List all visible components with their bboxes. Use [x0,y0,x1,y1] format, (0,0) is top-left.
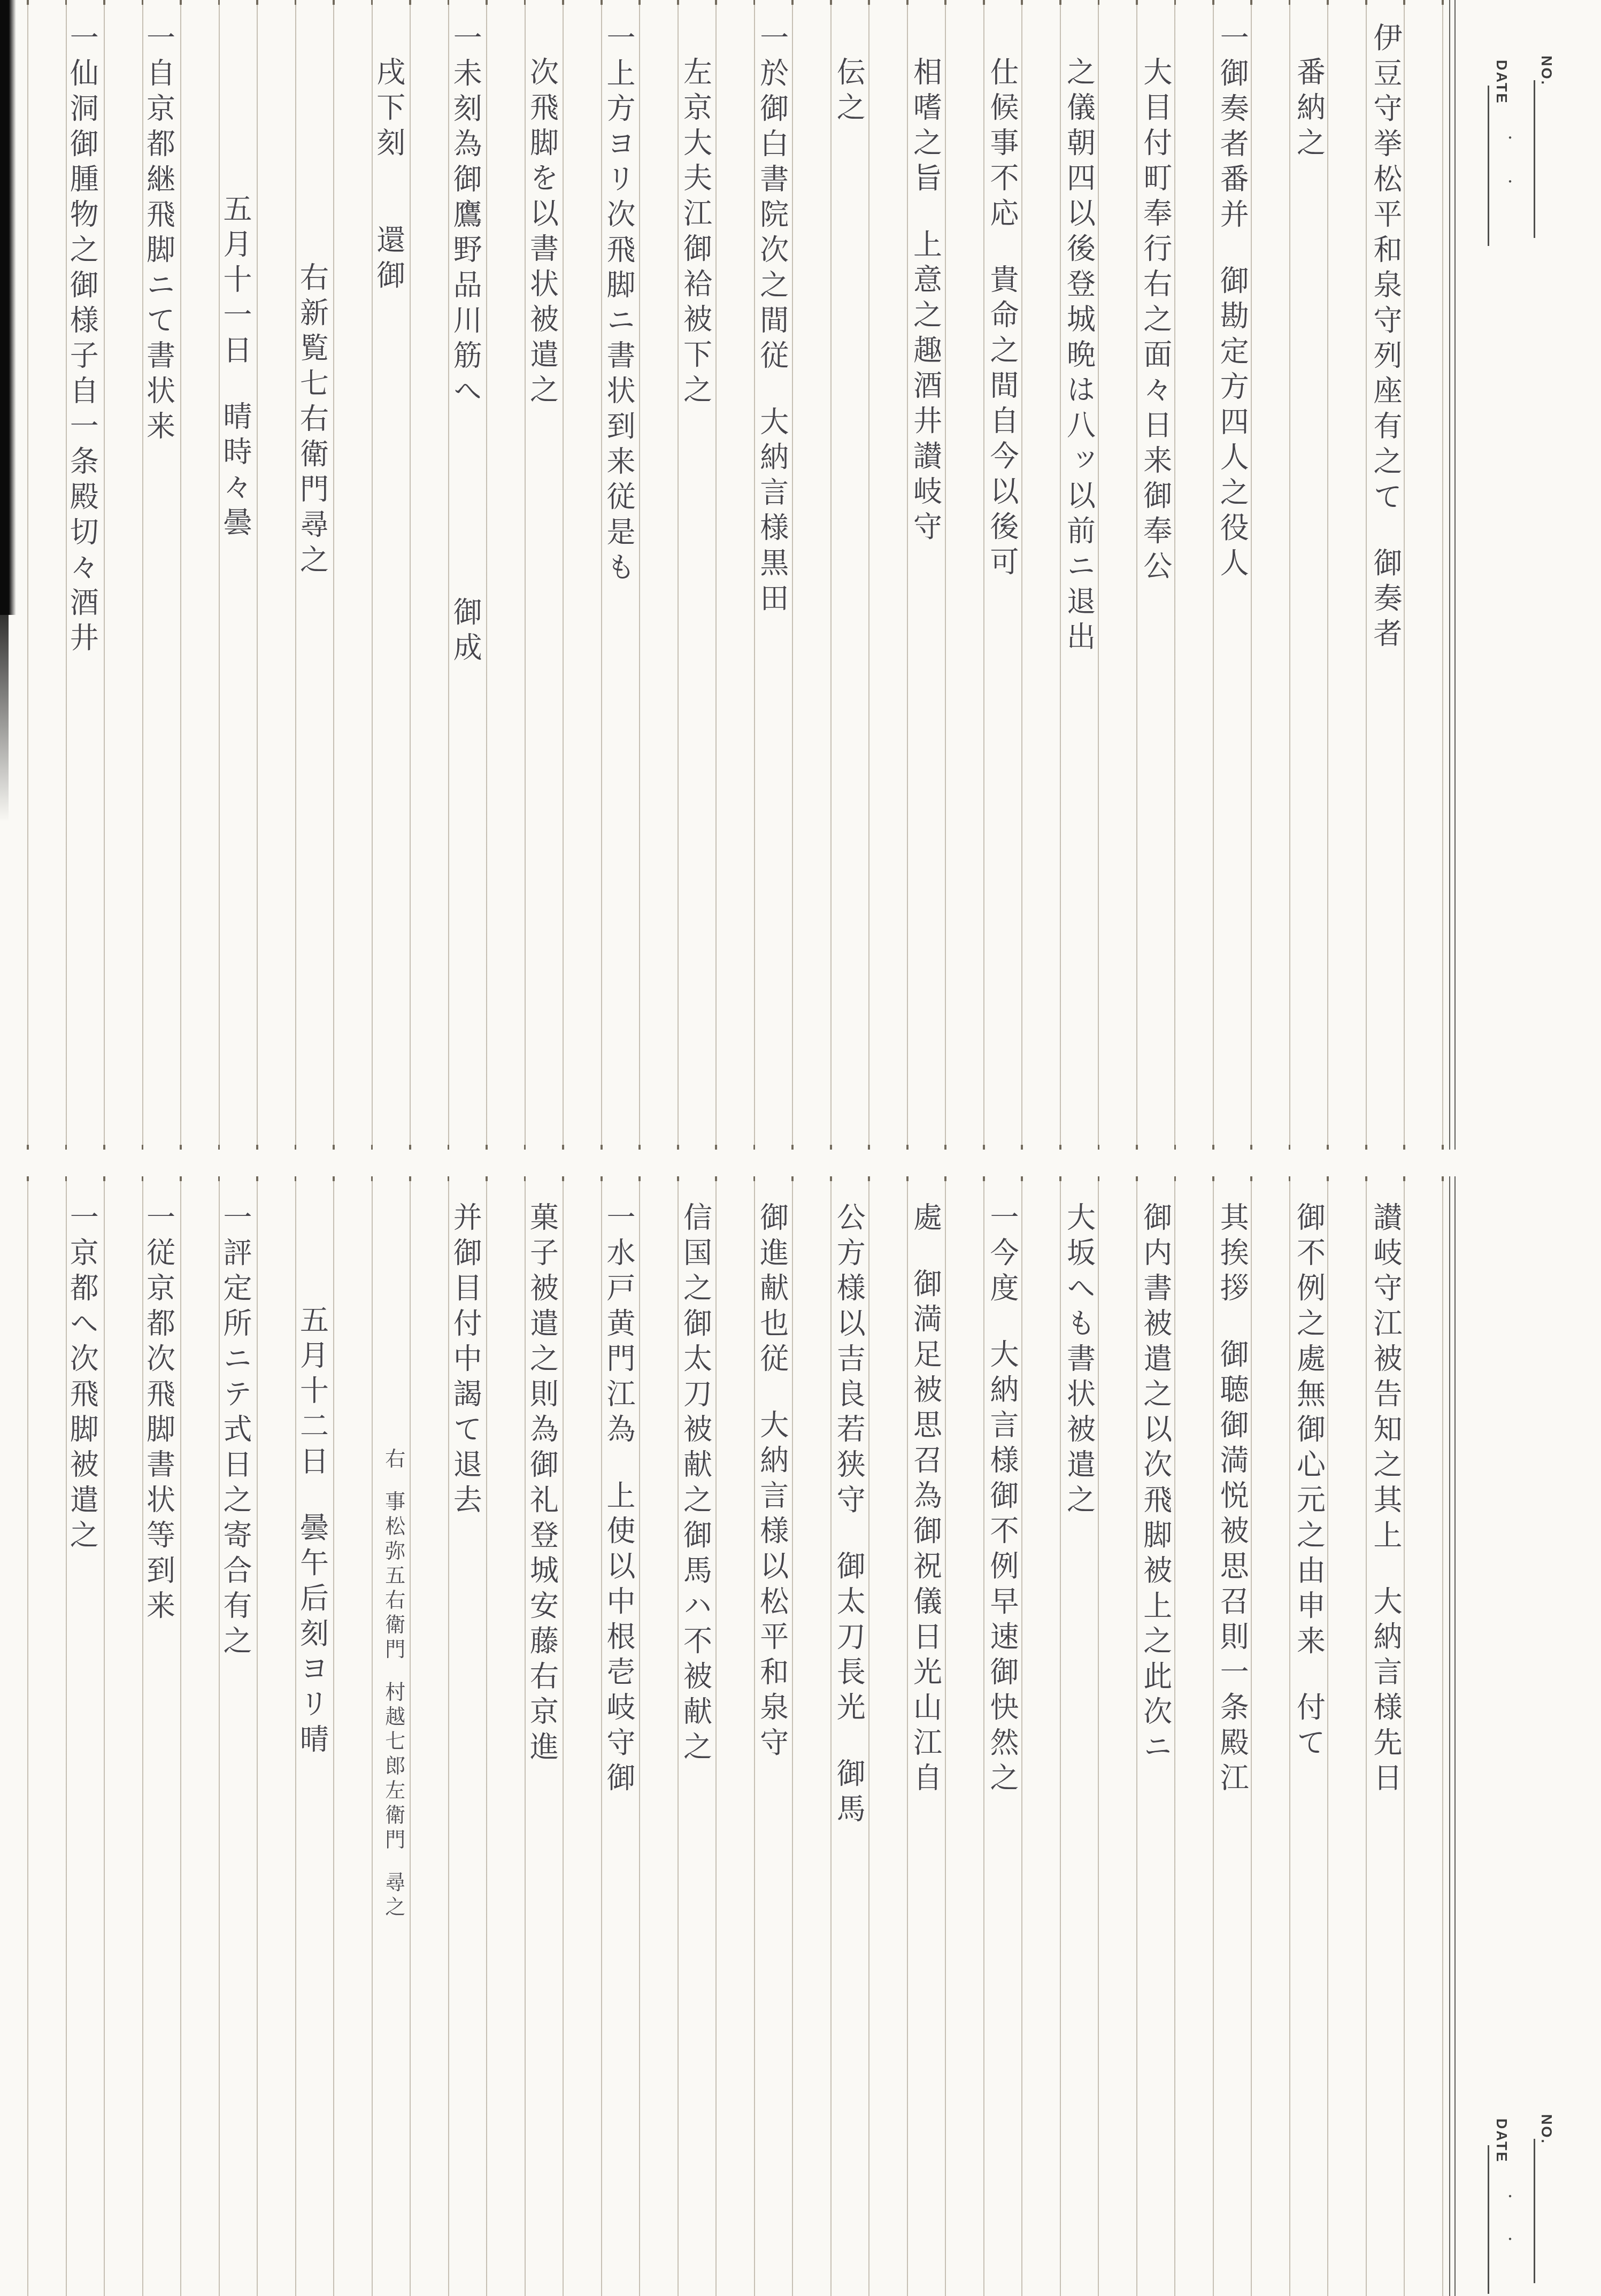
handwriting-text: 御勘定方四人之役人 [1215,265,1249,583]
honorific-space [849,1727,849,1758]
handwriting-text: 大納言様黒田 [756,406,789,618]
handwriting-column: 左京大夫江御袷被下之 [676,57,714,410]
handwriting-column: 一今度大納言様御不例早速御快然之 [983,1202,1021,1798]
honorific-space [465,535,466,566]
handwriting-text: 大納言様御不例早速御快然之 [986,1339,1019,1798]
handwriting-text: 一従京都次飛脚書状等到来 [142,1202,176,1625]
date-label: DATE [1493,2118,1510,2163]
handwriting-text: 公方様以吉良若狭守 [832,1202,866,1520]
handwriting-column: 讃岐守江被告知之其上大納言様先日 [1367,1202,1404,1798]
date-separator-dot: ・ [1504,2186,1517,2205]
handwriting-column: 右新覧七右衛門尋之 [293,262,330,580]
handwriting-column: 次飛脚を以書状被遣之 [524,57,561,410]
handwriting-text: 尋之 [382,1871,405,1921]
handwriting-column: 相嗜之旨上意之趣酒井讃岐守 [907,57,944,546]
date-fill-line [1488,2145,1489,2294]
honorific-space [465,566,466,597]
honorific-space [619,1449,619,1480]
handwriting-column: 菓子被遣之則為御礼登城安藤右京進 [524,1202,561,1767]
handwriting-column: 信国之御太刀被献之御馬ハ不被献之 [676,1202,714,1767]
handwriting-text: 大納言様以松平和泉守 [756,1409,789,1762]
handwriting-text: 付て [1292,1692,1326,1762]
handwriting-column: 其挨拶御聴御満悦被思召則一条殿江 [1213,1202,1251,1798]
handwriting-text: 次飛脚を以書状被遣之 [526,57,559,410]
margin-double-line [1449,0,1456,1150]
honorific-space [388,163,389,194]
handwriting-text: 貴命之間自今以後可 [986,264,1019,582]
handwriting-column: 一京都へ次飛脚被遣之 [63,1202,101,1555]
honorific-space [772,1378,772,1409]
honorific-space [393,1853,394,1871]
honorific-space [925,198,926,229]
handwriting-text: 仕候事不応 [986,57,1019,233]
handwriting-column: 伊豆守挙松平和泉守列座有之て御奏者 [1367,22,1404,653]
handwriting-text: 讃岐守江被告知之其上 [1369,1202,1403,1555]
handwriting-column: 公方様以吉良若狭守御太刀長光御馬 [830,1202,867,1829]
handwriting-text: 信国之御太刀被献之御馬ハ不被献之 [679,1202,712,1767]
handwriting-text: 戌下刻 [372,57,406,163]
handwriting-text: 上意之趣酒井讃岐守 [909,229,943,546]
handwriting-text: 晴時々曇 [219,401,252,542]
handwriting-text: 一上方ヨリ次飛脚ニ書状到来従是も [602,22,636,587]
handwriting-text: 事松弥五右衛門 [382,1491,405,1663]
handwriting-text: 相嗜之旨 [909,57,943,198]
handwriting-text: 菓子被遣之則為御礼登城安藤右京進 [526,1202,559,1767]
handwriting-column: 五月十二日曇午后刻ヨリ晴 [293,1305,330,1759]
honorific-space [393,1663,394,1681]
handwriting-column: 一水戸黄門江為上使以中根壱岐守御 [600,1202,637,1798]
handwriting-text: 大坂へも書状被遣之 [1062,1202,1096,1520]
handwriting-column: 并御目付中謁て退去 [447,1202,484,1520]
rule-tick-marks [0,1145,1451,1150]
handwriting-column: 一上方ヨリ次飛脚ニ書状到来従是も [600,22,637,587]
handwriting-column: 番納之 [1290,57,1328,163]
handwriting-text: 處 [909,1202,943,1237]
honorific-space [388,194,389,225]
notebook-page-bottom: NO. DATE ・ ・ 讃岐守江被告知之其上大納言様先日御不例之處無御心元之由… [0,1176,1601,2296]
honorific-space [1232,1308,1233,1339]
date-label: DATE [1493,60,1510,105]
honorific-space [312,1481,312,1512]
honorific-space [1386,517,1386,548]
handwriting-text: 并御目付中謁て退去 [449,1202,482,1520]
handwriting-text: 御内書被遣之以次飛脚被上之此次ニ [1139,1202,1173,1767]
honorific-space [772,375,772,406]
handwriting-text: 右新覧七右衛門尋之 [295,262,329,580]
rule-tick-marks [0,0,1451,5]
handwriting-column: 一御奏者番并御勘定方四人之役人 [1213,22,1251,583]
no-fill-line [1534,80,1535,238]
honorific-space [1308,1661,1309,1692]
honorific-space [1232,234,1233,265]
handwriting-column: 戌下刻還御 [370,57,407,295]
honorific-space [465,411,466,442]
handwriting-column: 大目付町奉行右之面々日来御奉公 [1137,57,1174,586]
handwriting-column: 處御満足被思召為御祝儀日光山江自 [907,1202,944,1798]
no-label: NO. [1538,2114,1554,2145]
scanned-manuscript-diary: NO. DATE ・ ・ 伊豆守挙松平和泉守列座有之て御奏者番納之一御奏者番并御… [0,0,1601,2296]
handwriting-text: 番納之 [1292,57,1326,163]
honorific-space [849,1520,849,1551]
date-separator-dot: ・ [1504,171,1517,190]
handwriting-text: 一評定所ニテ式日之寄合有之 [219,1202,252,1661]
scanner-edge-shadow [0,0,16,615]
honorific-space [235,370,236,401]
handwriting-text: 一御奏者番并 [1215,22,1249,234]
handwriting-column: 一従京都次飛脚書状等到来 [140,1202,178,1625]
handwriting-text: 御聴御満悦被思召則一条殿江 [1215,1339,1249,1798]
handwriting-column: 右事松弥五右衛門村越七郎左衛門尋之 [370,1448,407,1921]
handwriting-column: 御進献也従大納言様以松平和泉守 [753,1202,791,1762]
honorific-space [465,473,466,504]
handwriting-text: 御馬 [832,1758,866,1829]
handwriting-column: 御不例之處無御心元之由申来付て [1290,1202,1328,1762]
handwriting-text: 御奏者 [1369,548,1403,653]
handwriting-column: 一評定所ニテ式日之寄合有之 [217,1202,254,1661]
handwriting-column: 一仙洞御腫物之御様子自一条殿切々酒井 [63,22,101,658]
handwriting-text: 一京都へ次飛脚被遣之 [65,1202,99,1555]
handwriting-text: 一今度 [986,1202,1019,1308]
rule-tick-marks [0,1176,1451,1181]
handwriting-text: 御不例之處無御心元之由申来 [1292,1202,1326,1661]
honorific-space [925,1237,926,1268]
handwriting-text: 村越七郎左衛門 [382,1681,405,1853]
honorific-space [465,442,466,473]
handwriting-column: 一自京都継飛脚ニて書状来 [140,22,178,446]
handwriting-column: 大坂へも書状被遣之 [1060,1202,1097,1520]
margin-double-line [1449,1176,1456,2296]
honorific-space [393,1473,394,1491]
honorific-space [1002,1308,1003,1339]
handwriting-text: 其挨拶 [1215,1202,1249,1308]
handwriting-column: 一於御白書院次之間従大納言様黒田 [753,22,791,618]
date-fill-line [1488,86,1489,246]
handwriting-column: 一未刻為御鷹野品川筋へ御成 [447,22,484,667]
handwriting-text: 一水戸黄門江為 [602,1202,636,1449]
handwriting-column: 御内書被遣之以次飛脚被上之此次ニ [1137,1202,1174,1767]
handwriting-text: 大目付町奉行右之面々日来御奉公 [1139,57,1173,586]
handwriting-text: 伊豆守挙松平和泉守列座有之て [1369,22,1403,517]
date-separator-dot: ・ [1504,127,1517,146]
handwriting-text: 御成 [449,597,482,667]
handwriting-text: 一未刻為御鷹野品川筋へ [449,22,482,411]
no-label: NO. [1538,56,1554,86]
handwriting-text: 左京大夫江御袷被下之 [679,57,712,410]
handwriting-column: 之儀朝四以後登城晩は八ッ以前ニ退出 [1060,57,1097,657]
handwriting-text: 五月十二日 [295,1305,329,1481]
handwriting-text: 御進献也従 [756,1202,789,1378]
handwriting-text: 一於御白書院次之間従 [756,22,789,375]
handwriting-text: 御満足被思召為御祝儀日光山江自 [909,1268,943,1798]
handwriting-text: 伝之 [832,57,866,127]
notebook-page-top: NO. DATE ・ ・ 伊豆守挙松平和泉守列座有之て御奏者番納之一御奏者番并御… [0,0,1601,1150]
handwriting-text: 還御 [372,225,406,295]
date-separator-dot: ・ [1504,2229,1517,2247]
scanner-edge-shadow [0,615,9,845]
handwriting-text: 一仙洞御腫物之御様子自一条殿切々酒井 [65,22,99,658]
handwriting-column: 仕候事不応貴命之間自今以後可 [983,57,1021,582]
no-fill-line [1534,2139,1535,2283]
handwriting-text: 上使以中根壱岐守御 [602,1480,636,1798]
handwriting-text: 御太刀長光 [832,1551,866,1727]
handwriting-text: 一自京都継飛脚ニて書状来 [142,22,176,446]
handwriting-column: 五月十一日晴時々曇 [217,194,254,542]
honorific-space [1386,1555,1386,1586]
handwriting-text: 之儀朝四以後登城晩は八ッ以前ニ退出 [1062,57,1096,657]
handwriting-text: 右 [382,1448,405,1473]
handwriting-text: 五月十一日 [219,194,252,370]
handwriting-column: 伝之 [830,57,867,127]
handwriting-text: 大納言様先日 [1369,1586,1403,1798]
handwriting-text: 曇午后刻ヨリ晴 [295,1512,329,1759]
honorific-space [465,504,466,535]
honorific-space [1002,233,1003,264]
